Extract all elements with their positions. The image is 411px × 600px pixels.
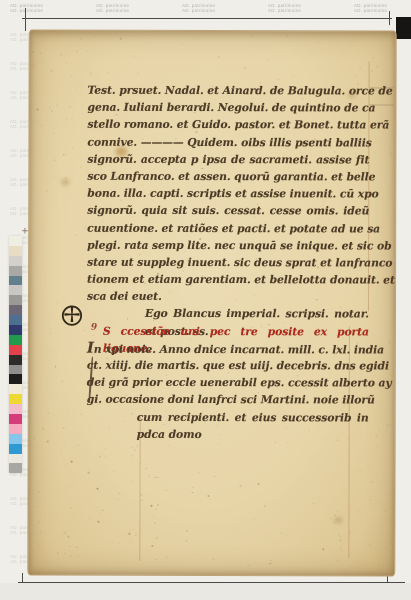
parchment-speckle <box>136 460 137 461</box>
parchment-speckle <box>154 522 155 523</box>
parchment-speckle <box>62 567 63 568</box>
parchment-speckle <box>323 548 325 550</box>
parchment-speckle <box>345 560 346 561</box>
parchment-stain <box>61 179 69 186</box>
parchment-speckle <box>40 531 41 532</box>
parchment-speckle <box>157 504 159 506</box>
parchment-speckle <box>371 482 372 483</box>
parchment-speckle <box>390 424 391 425</box>
parchment-speckle <box>186 530 188 532</box>
manuscript-text-line: gena. Iuliani berardi. Negolui. de quint… <box>87 99 369 117</box>
color-calibration-patch <box>9 295 22 305</box>
parchment-speckle <box>64 553 65 554</box>
manuscript-text-line: sca dei euet. <box>87 288 369 306</box>
parchment-speckle <box>340 537 341 538</box>
manuscript-text-block: Test. prsuet. Nadal. et Ainard. de Balug… <box>87 82 370 426</box>
parchment-speckle <box>218 56 219 57</box>
parchment-speckle <box>166 490 167 491</box>
parchment-speckle <box>335 515 336 516</box>
parchment-speckle <box>149 43 150 44</box>
parchment-speckle <box>137 73 138 74</box>
parchment-speckle <box>354 567 355 568</box>
parchment-speckle <box>98 491 99 492</box>
parchment-speckle <box>199 472 200 473</box>
parchment-speckle <box>75 90 76 91</box>
manuscript-text-line: connive. ———— Quidem. oibs illis psenti … <box>87 133 369 151</box>
parchment-speckle <box>388 394 389 395</box>
parchment-speckle <box>270 560 271 561</box>
parchment-speckle <box>101 453 102 454</box>
parchment-speckle <box>48 120 49 121</box>
parchment-speckle <box>186 540 188 542</box>
color-calibration-patch <box>9 355 22 365</box>
color-calibration-patch <box>9 404 22 414</box>
parchment-speckle <box>75 235 76 236</box>
parchment-speckle <box>71 75 73 77</box>
archive-watermark: AD. patrimoineAD. patrimoine <box>96 3 166 13</box>
parchment-speckle <box>192 492 193 493</box>
parchment-speckle <box>80 414 81 415</box>
parchment-speckle <box>355 75 356 76</box>
parchment-speckle <box>155 477 156 478</box>
enlarged-initial: I <box>87 338 94 356</box>
parchment-speckle <box>377 295 378 296</box>
parchment-speckle <box>90 74 91 75</box>
parchment-speckle <box>37 109 38 110</box>
parchment-speckle <box>141 494 142 495</box>
parchment-speckle <box>369 500 370 501</box>
parchment-speckle <box>64 532 66 534</box>
parchment-speckle <box>156 537 157 538</box>
parchment-speckle <box>108 73 109 74</box>
parchment-speckle <box>32 65 33 66</box>
parchment-speckle <box>72 147 73 148</box>
color-calibration-patch <box>9 266 22 276</box>
parchment-speckle <box>78 497 79 498</box>
parchment-speckle <box>253 519 254 520</box>
parchment-speckle <box>316 431 317 432</box>
manuscript-text-line: dei grã prior eccle uenerabil eps. ccess… <box>87 374 369 392</box>
color-calibration-patch <box>9 454 22 464</box>
parchment-speckle <box>57 553 58 554</box>
parchment-speckle <box>39 522 40 523</box>
parchment-speckle <box>40 120 41 121</box>
color-calibration-bar <box>9 236 22 473</box>
color-calibration-patch <box>9 463 22 473</box>
parchment-speckle <box>117 499 118 500</box>
parchment-speckle <box>80 166 81 167</box>
parchment-speckle <box>48 412 49 413</box>
color-calibration-patch <box>9 394 22 404</box>
parchment-speckle <box>87 59 88 60</box>
parchment-speckle <box>71 118 72 119</box>
parchment-speckle <box>32 51 34 53</box>
parchment-speckle <box>67 407 68 408</box>
parchment-speckle <box>156 559 157 560</box>
parchment-speckle <box>46 191 47 192</box>
parchment-speckle <box>80 93 81 94</box>
parchment-speckle <box>152 545 154 547</box>
parchment-speckle <box>377 445 378 446</box>
archive-watermark: AD. patrimoineAD. patrimoine <box>354 3 411 13</box>
parchment-speckle <box>66 63 67 64</box>
color-calibration-patch <box>9 256 22 266</box>
parchment-speckle <box>248 565 249 566</box>
parchment-speckle <box>148 476 149 477</box>
parchment-speckle <box>340 548 341 549</box>
parchment-speckle <box>54 176 55 177</box>
parchment-speckle <box>376 67 377 68</box>
parchment-speckle <box>62 555 63 556</box>
parchment-speckle <box>95 75 96 76</box>
color-calibration-patch <box>9 374 22 384</box>
parchment-speckle <box>350 533 351 534</box>
notary-subscription-line: Ego Blancus imperial. scripsi. notar. et… <box>87 305 369 323</box>
parchment-speckle <box>131 538 133 540</box>
parchment-speckle <box>120 38 122 40</box>
parchment-speckle <box>46 391 47 392</box>
rubric-line: S ccessiõe uni pec tre posite ex porta l… <box>87 322 369 340</box>
parchment-speckle <box>91 72 92 73</box>
parchment-speckle <box>135 534 136 535</box>
parchment-speckle <box>69 106 71 108</box>
parchment-speckle <box>335 519 336 520</box>
parchment-speckle <box>37 226 38 227</box>
color-calibration-patch <box>9 285 22 295</box>
parchment-speckle <box>386 511 387 512</box>
parchment-speckle <box>99 513 100 514</box>
parchment-speckle <box>133 481 134 482</box>
parchment-speckle <box>317 41 318 42</box>
parchment-speckle <box>390 147 391 148</box>
parchment-speckle <box>124 46 125 47</box>
parchment-speckle <box>87 51 88 52</box>
manuscript-text-line: In xpi noie. Anno dnice incarnat. mill. … <box>87 339 369 357</box>
parchment-speckle <box>166 556 167 557</box>
parchment-speckle <box>389 341 390 342</box>
parchment-speckle <box>383 480 384 481</box>
parchment-speckle <box>42 428 43 429</box>
parchment-speckle <box>333 522 334 523</box>
parchment-speckle <box>57 104 58 105</box>
parchment-speckle <box>38 194 39 195</box>
parchment-speckle <box>330 518 331 519</box>
manuscript-text-line: gi. occasione doni lanfrci sci Martini. … <box>87 391 369 409</box>
parchment-speckle <box>109 427 110 428</box>
parchment-speckle <box>150 456 151 457</box>
parchment-speckle <box>51 111 52 112</box>
manuscript-text-line: bona. illa. capti. scriptis et assise in… <box>87 185 369 203</box>
parchment-speckle <box>168 445 170 447</box>
parchment-speckle <box>334 515 335 516</box>
parchment-speckle <box>301 539 302 540</box>
parchment-speckle <box>164 536 165 537</box>
color-calibration-patch <box>9 414 22 424</box>
mount-board-bottom-strip <box>0 583 411 600</box>
parchment-speckle <box>70 508 71 509</box>
archive-watermark: AD. patrimoineAD. patrimoine <box>182 3 252 13</box>
parchment-speckle <box>217 443 218 444</box>
parchment-speckle <box>346 492 347 493</box>
parchment-speckle <box>111 542 113 544</box>
parchment-speckle <box>370 545 371 546</box>
parchment-speckle <box>292 77 293 78</box>
parchment-speckle <box>358 511 359 512</box>
registration-line-top <box>22 18 392 19</box>
parchment-speckle <box>378 430 379 431</box>
parchment-speckle <box>376 503 377 504</box>
parchment-speckle <box>376 436 378 438</box>
parchment-speckle <box>54 366 55 367</box>
parchment-speckle <box>60 448 61 449</box>
parchment-speckle <box>64 445 65 446</box>
parchment-speckle <box>94 36 95 37</box>
color-calibration-patch <box>9 335 22 345</box>
parchment-stain <box>334 517 342 523</box>
parchment-speckle <box>218 434 220 436</box>
parchment-speckle <box>129 533 131 535</box>
parchment-speckle <box>251 35 252 36</box>
parchment-speckle <box>84 226 85 227</box>
parchment-speckle <box>192 487 193 488</box>
parchment-speckle <box>57 301 58 302</box>
parchment-speckle <box>182 44 183 45</box>
parchment-speckle <box>373 57 374 58</box>
color-calibration-patch <box>9 434 22 444</box>
parchment-speckle <box>49 332 50 333</box>
parchment-speckle <box>41 126 42 127</box>
parchment-speckle <box>371 71 372 72</box>
parchment-speckle <box>144 507 145 508</box>
parchment-speckle <box>80 38 81 39</box>
parchment-speckle <box>89 518 90 519</box>
manuscript-text-line: sco Lanfranco. et assen. quorũ garantia.… <box>87 168 369 186</box>
color-calibration-patch <box>9 444 22 454</box>
parchment-speckle <box>97 488 98 489</box>
parchment-speckle <box>98 521 100 523</box>
manuscript-text-line: stare ut suppleg inuent. sic deus sprat … <box>87 254 369 272</box>
manuscript-text-line: Test. prsuet. Nadal. et Ainard. de Balug… <box>88 82 370 100</box>
parchment-speckle <box>387 425 388 426</box>
parchment-speckle <box>36 507 37 508</box>
parchment-speckle <box>385 547 386 548</box>
digitized-manuscript-photo: AD. patrimoineAD. patrimoineAD. patrimoi… <box>0 0 411 600</box>
manuscript-text-line: ct. xiiij. die martis. que est uiij. dec… <box>87 357 369 375</box>
parchment-speckle <box>359 67 360 68</box>
parchment-speckle <box>35 448 36 449</box>
parchment-speckle <box>312 503 313 504</box>
color-calibration-patch <box>9 236 22 246</box>
parchment-speckle <box>71 556 72 557</box>
parchment-speckle <box>131 455 132 456</box>
parchment-speckle <box>64 534 65 535</box>
parchment-speckle <box>131 446 133 448</box>
archive-watermark: AD. patrimoineAD. patrimoine <box>268 3 338 13</box>
color-calibration-patch <box>9 384 22 394</box>
manuscript-text-line: cum recipienti. et eius successorib in p… <box>87 408 369 426</box>
parchment-speckle <box>63 154 65 156</box>
parchment-speckle <box>269 563 271 565</box>
parchment-speckle <box>55 543 56 544</box>
parchment-speckle <box>240 485 242 487</box>
manuscript-text-line: tionem et etiam garentiam. et bellelotta… <box>87 271 369 289</box>
parchment-speckle <box>280 532 281 533</box>
parchment-speckle <box>386 430 387 431</box>
parchment-speckle <box>54 159 55 160</box>
parchment-speckle <box>214 476 215 477</box>
parchment-speckle <box>146 468 147 469</box>
color-calibration-patch <box>9 424 22 434</box>
parchment-speckle <box>244 67 245 68</box>
color-calibration-patch <box>9 276 22 286</box>
parchment-speckle <box>337 560 338 561</box>
manuscript-text-line: cuuentione. et ratiões et pacti. et pota… <box>87 219 369 237</box>
parchment-speckle <box>77 444 78 445</box>
parchment-speckle <box>287 35 288 36</box>
parchment-speckle <box>63 427 64 428</box>
parchment-speckle <box>77 556 78 557</box>
parchment-speckle <box>65 178 66 179</box>
parchment-speckle <box>33 439 34 440</box>
manuscript-text-line: signorũ. quia sit suis. cessat. cesse om… <box>87 202 369 220</box>
parchment-speckle <box>39 491 40 492</box>
manuscript-text-line: signorũ. accepta p ipsa de sacrameti. as… <box>87 150 369 168</box>
color-calibration-patch <box>9 315 22 325</box>
parchment-speckle <box>134 450 135 451</box>
parchment-speckle <box>76 201 77 202</box>
color-calibration-patch <box>9 365 22 375</box>
parchment-speckle <box>39 546 40 547</box>
color-calibration-patch <box>9 325 22 335</box>
parchment-speckle <box>60 54 62 56</box>
parchment-speckle <box>390 153 391 154</box>
parchment-speckle <box>105 448 106 449</box>
parchment-speckle <box>43 469 44 470</box>
parchment-speckle <box>69 546 70 547</box>
left-margin-cross-mark: + <box>21 227 29 237</box>
parchment-speckle <box>104 455 105 456</box>
registration-tick-top-left <box>25 8 26 31</box>
registration-tick-top-right <box>389 11 390 25</box>
parchment-speckle <box>258 483 259 484</box>
parchment-speckle <box>274 442 275 443</box>
parchment-speckle <box>118 492 119 493</box>
parchment-speckle <box>151 505 152 506</box>
parchment-speckle <box>359 470 360 471</box>
parchment-speckle <box>66 119 67 120</box>
manuscript-text-line: stello romano. et Guido. pastor. et Bone… <box>87 116 369 134</box>
parchment-speckle <box>51 70 52 71</box>
parchment-speckle <box>99 456 101 458</box>
color-calibration-patch <box>9 305 22 315</box>
color-calibration-patch <box>9 246 22 256</box>
parchment-speckle <box>278 79 280 81</box>
parchment-speckle <box>378 563 379 564</box>
parchment-speckle <box>40 53 41 54</box>
parchment-speckle <box>71 487 72 488</box>
parchment-speckle <box>383 45 384 46</box>
parchment-speckle <box>47 441 48 442</box>
parchment-speckle <box>156 476 158 478</box>
parchment-speckle <box>337 440 339 442</box>
parchment-speckle <box>71 461 73 463</box>
parchment-speckle <box>370 546 371 547</box>
notary-cross-icon <box>61 305 83 327</box>
parchment-speckle <box>83 330 84 331</box>
parchment-speckle <box>42 63 43 64</box>
parchment-speckle <box>77 50 78 51</box>
parchment-speckle <box>77 546 78 547</box>
parchment-speckle <box>285 427 286 428</box>
parchment-speckle <box>133 56 134 57</box>
parchment-speckle <box>114 470 115 471</box>
parchment-speckle <box>151 515 152 516</box>
parchment-speckle <box>129 540 131 542</box>
parchment-speckle <box>88 472 90 474</box>
parchment-speckle <box>338 535 339 536</box>
color-calibration-patch <box>9 345 22 355</box>
parchment-speckle <box>68 536 69 537</box>
parchment-speckle <box>50 107 51 108</box>
parchment-speckle <box>49 351 51 353</box>
parchment-speckle <box>141 499 142 500</box>
parchment-speckle <box>308 430 309 431</box>
parchment-speckle <box>339 540 341 542</box>
parchment-speckle <box>212 558 214 560</box>
parchment-speckle <box>155 509 156 510</box>
parchment-speckle <box>103 510 104 511</box>
manuscript-page: + 9 Test. prsuet. Nadal. et Ainard. de B… <box>27 30 396 577</box>
parchment-speckle <box>54 132 55 133</box>
black-backing-top-right <box>396 17 411 39</box>
parchment-speckle <box>43 494 44 495</box>
parchment-speckle <box>62 381 63 382</box>
parchment-speckle <box>65 463 66 464</box>
archive-watermark: AD. patrimoineAD. patrimoine <box>10 3 80 13</box>
parchment-speckle <box>136 445 137 446</box>
parchment-speckle <box>337 511 339 513</box>
manuscript-text-line: plegi. rata semp lite. nec unquā se iniq… <box>87 236 369 254</box>
parchment-speckle <box>209 499 210 500</box>
parchment-speckle <box>267 60 268 61</box>
parchment-speckle <box>119 543 120 544</box>
parchment-speckle <box>377 461 379 463</box>
parchment-speckle <box>264 506 265 507</box>
parchment-speckle <box>287 443 288 444</box>
parchment-speckle <box>208 495 210 497</box>
parchment-speckle <box>34 84 35 85</box>
